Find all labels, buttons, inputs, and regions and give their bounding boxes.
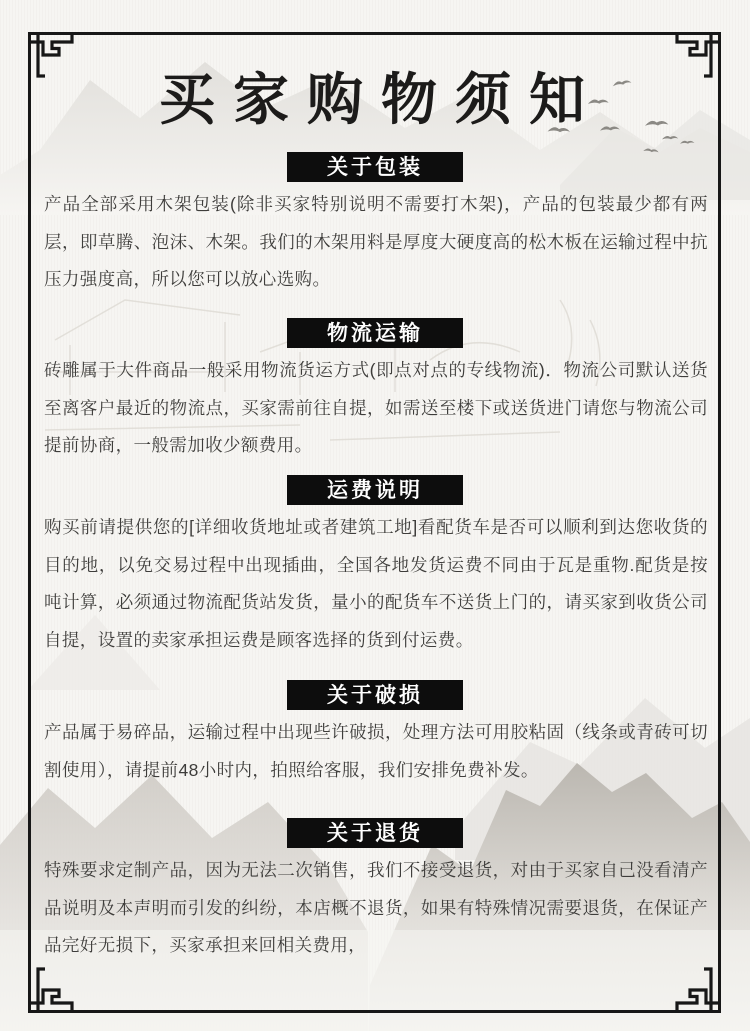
notice-content: 买家购物须知 关于包装 产品全部采用木架包装(除非买家特别说明不需要打木架)，产…: [0, 0, 750, 1031]
section-paragraph: 购买前请提供您的[详细收货地址或者建筑工地]看配货车是否可以顺利到达您收货的目的…: [44, 509, 708, 659]
page-title: 买家购物须知: [0, 56, 750, 136]
section-paragraph: 产品全部采用木架包装(除非买家特别说明不需要打木架)，产品的包装最少都有两层，即…: [44, 186, 708, 299]
section-heading-bar: 运费说明: [287, 475, 463, 505]
section-returns: 关于退货: [0, 818, 750, 848]
section-heading-bar: 关于破损: [287, 680, 463, 710]
section-heading-bar: 关于退货: [287, 818, 463, 848]
section-paragraph: 特殊要求定制产品，因为无法二次销售，我们不接受退货，对由于买家自己没看清产品说明…: [44, 852, 708, 965]
section-logistics: 物流运输: [0, 318, 750, 348]
section-heading-bar: 物流运输: [287, 318, 463, 348]
section-freight: 运费说明: [0, 475, 750, 505]
section-packaging: 关于包装: [0, 152, 750, 182]
section-paragraph: 砖雕属于大件商品一般采用物流货运方式(即点对点的专线物流)．物流公司默认送货至离…: [44, 352, 708, 465]
section-heading-bar: 关于包装: [287, 152, 463, 182]
section-paragraph: 产品属于易碎品，运输过程中出现些许破损，处理方法可用胶粘固（线条或青砖可切割使用…: [44, 714, 708, 789]
section-damage: 关于破损: [0, 680, 750, 710]
